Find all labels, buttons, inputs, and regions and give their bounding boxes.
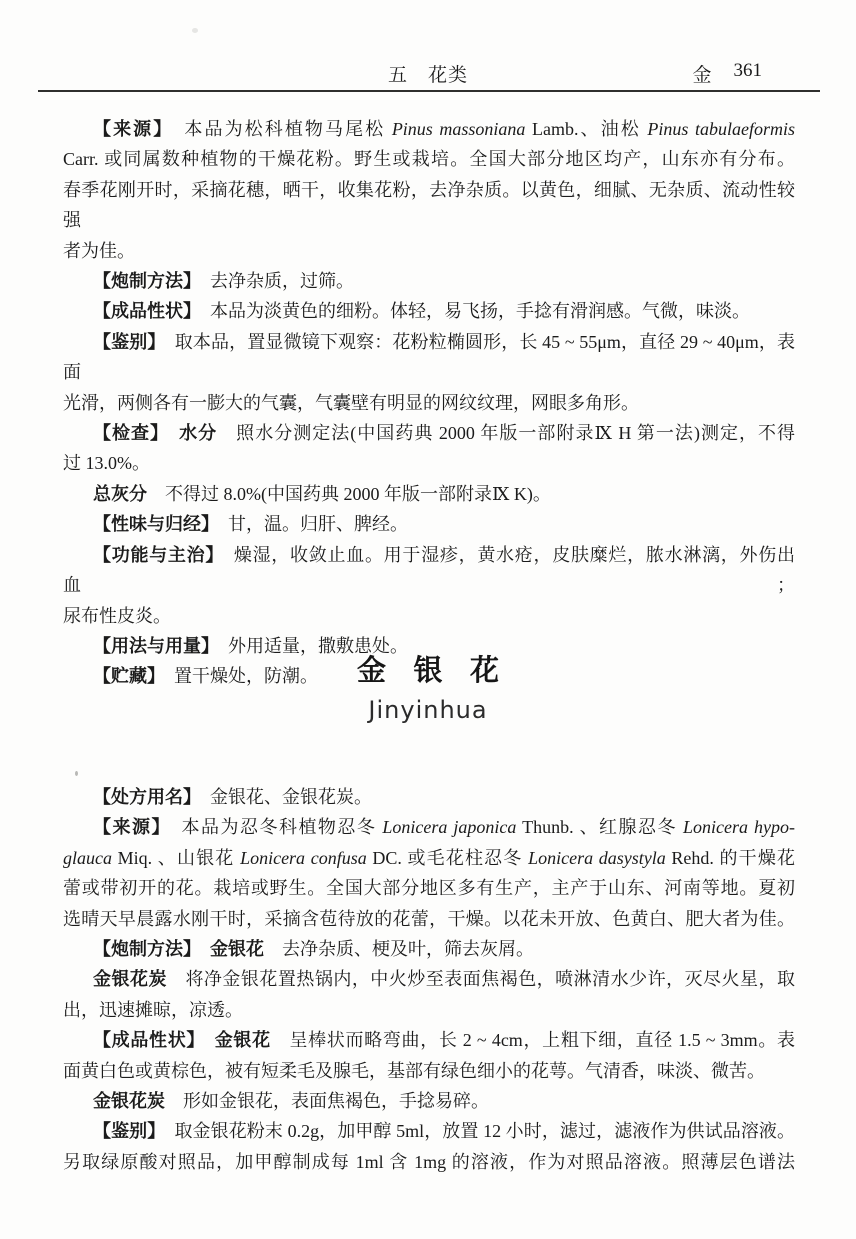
- text-run: 过 13.0%。: [63, 453, 150, 473]
- text-line: 过 13.0%。: [63, 448, 795, 478]
- text-line: 【来源】 本品为忍冬科植物忍冬 Lonicera japonica Thunb.…: [63, 812, 795, 842]
- text-run: Thunb. 、红腺忍冬: [516, 817, 683, 837]
- text-line: 金银花炭 将净金银花置热锅内，中火炒至表面焦褐色，喷淋清水少许，灭尽火星，取: [63, 964, 795, 994]
- text-line: 蕾或带初开的花。栽培或野生。全国大部分地区多有生产，主产于山东、河南等地。夏初: [63, 873, 795, 903]
- latin-name-italic-run: Lonicera confusa: [240, 848, 367, 868]
- bold-run: 【鉴别】: [93, 332, 157, 352]
- text-run: 将净金银花置热锅内，中火炒至表面焦褐色，喷淋清水少许，灭尽火星，取: [167, 969, 795, 989]
- text-run: [160, 423, 179, 443]
- text-line: 春季花刚开时，采摘花穗，晒干，收集花粉，去净杂质。以黄色，细腻、无杂质、流动性较…: [63, 175, 795, 236]
- text-run: 本品为淡黄色的细粉。体轻，易飞扬，手捻有滑润感。气微，味淡。: [192, 301, 750, 321]
- text-line: Carr. 或同属数种植物的干燥花粉。野生或栽培。全国大部分地区均产，山东亦有分…: [63, 144, 795, 174]
- latin-name-italic-run: glauca: [63, 848, 112, 868]
- text-line: 者为佳。: [63, 236, 795, 266]
- text-line: 【鉴别】 取金银花粉末 0.2g，加甲醇 5ml，放置 12 小时，滤过，滤液作…: [63, 1116, 795, 1146]
- bold-run: 【性味与归经】: [93, 514, 210, 534]
- text-run: 取金银花粉末 0.2g，加甲醇 5ml，放置 12 小时，滤过，滤液作为供试品溶…: [156, 1121, 795, 1141]
- bold-run: 【成品性状】: [93, 301, 192, 321]
- bold-run: 【炮制方法】: [93, 939, 192, 959]
- bold-run: 【炮制方法】: [93, 271, 192, 291]
- text-run: 本品为忍冬科植物忍冬: [162, 817, 382, 837]
- text-run: 出，迅速摊晾，凉透。: [63, 1000, 243, 1020]
- bold-run: 【检查】: [93, 423, 160, 443]
- text-line: 尿布性皮炎。: [63, 601, 795, 631]
- text-line: 【来源】 本品为松科植物马尾松 Pinus massoniana Lamb.、油…: [63, 114, 795, 144]
- bold-run: 水分: [179, 423, 217, 443]
- text-run: 去净杂质、梗及叶，筛去灰屑。: [264, 939, 534, 959]
- text-line: 【炮制方法】 去净杂质，过筛。: [63, 266, 795, 296]
- text-line: 【成品性状】 金银花 呈棒状而略弯曲，长 2 ~ 4cm，上粗下细，直径 1.5…: [63, 1025, 795, 1055]
- bold-run: 【成品性状】: [93, 1030, 196, 1050]
- text-run: 金银花、金银花炭。: [192, 787, 372, 807]
- bold-run: 金银花: [210, 939, 264, 959]
- bold-run: 【来源】: [93, 817, 162, 837]
- text-line: glauca Miq. 、山银花 Lonicera confusa DC. 或毛…: [63, 843, 795, 873]
- text-run: [192, 939, 210, 959]
- text-line: 金银花炭 形如金银花，表面焦褐色，手捻易碎。: [63, 1086, 795, 1116]
- text-line: 出，迅速摊晾，凉透。: [63, 995, 795, 1025]
- bold-run: 【鉴别】: [93, 1121, 156, 1141]
- scan-speck: [192, 28, 198, 33]
- running-header: 五 花类 金 361: [0, 60, 856, 84]
- text-run: 去净杂质，过筛。: [192, 271, 354, 291]
- text-run: Miq. 、山银花: [112, 848, 240, 868]
- text-run: 尿布性皮炎。: [63, 606, 171, 626]
- bold-run: 金银花炭: [93, 969, 167, 989]
- text-line: 总灰分 不得过 8.0%(中国药典 2000 年版一部附录Ⅸ K)。: [63, 479, 795, 509]
- text-line: 【性味与归经】 甘，温。归肝、脾经。: [63, 509, 795, 539]
- index-character: 金: [692, 60, 711, 87]
- entry-title: 金银花: [0, 648, 856, 689]
- bold-run: 【处方用名】: [93, 787, 192, 807]
- text-run: 者为佳。: [63, 241, 135, 261]
- bold-run: 【功能与主治】: [93, 545, 215, 565]
- scan-speck: [75, 771, 78, 776]
- scanned-book-page: 五 花类 金 361 【来源】 本品为松科植物马尾松 Pinus massoni…: [0, 0, 856, 1239]
- bold-run: 金银花炭: [93, 1091, 165, 1111]
- page-number: 361: [734, 60, 763, 87]
- latin-name-italic-run: Pinus massoniana: [392, 119, 526, 139]
- latin-name-italic-run: Lonicera japonica: [382, 817, 516, 837]
- entry-jinyinhua: 【处方用名】 金银花、金银花炭。 【来源】 本品为忍冬科植物忍冬 Lonicer…: [63, 782, 795, 1177]
- latin-name-italic-run: Lonicera hypo-: [683, 817, 795, 837]
- bold-run: 【来源】: [93, 119, 164, 139]
- text-line: 【鉴别】 取本品，置显微镜下观察：花粉粒椭圆形，长 45 ~ 55μm，直径 2…: [63, 327, 795, 388]
- entry-pinyin: Jinyinhua: [0, 696, 856, 724]
- text-run: 光滑，两侧各有一膨大的气囊，气囊壁有明显的网纹纹理，网眼多角形。: [63, 393, 639, 413]
- text-line: 选晴天早晨露水刚干时，采摘含苞待放的花蕾，干燥。以花未开放、色黄白、肥大者为佳。: [63, 904, 795, 934]
- text-run: DC. 或毛花柱忍冬: [367, 848, 528, 868]
- bold-run: 金银花: [215, 1030, 271, 1050]
- text-line: 另取绿原酸对照品，加甲醇制成每 1ml 含 1mg 的溶液，作为对照品溶液。照薄…: [63, 1147, 795, 1177]
- text-run: 形如金银花，表面焦褐色，手捻易碎。: [165, 1091, 489, 1111]
- text-run: 本品为松科植物马尾松: [164, 119, 391, 139]
- entry-songhuafen: 【来源】 本品为松科植物马尾松 Pinus massoniana Lamb.、油…: [63, 114, 795, 692]
- running-header-index: 金 361: [692, 60, 762, 87]
- text-run: 照水分测定法(中国药典 2000 年版一部附录Ⅸ H 第一法)测定，不得: [217, 423, 795, 443]
- text-line: 【功能与主治】 燥湿，收敛止血。用于湿疹，黄水疮，皮肤糜烂，脓水淋漓，外伤出血；: [63, 540, 795, 601]
- text-run: 春季花刚开时，采摘花穗，晒干，收集花粉，去净杂质。以黄色，细腻、无杂质、流动性较…: [63, 180, 795, 230]
- text-run: 面黄白色或黄棕色，被有短柔毛及腺毛，基部有绿色细小的花萼。气清香，味淡、微苦。: [63, 1061, 765, 1081]
- text-run: [196, 1030, 215, 1050]
- text-run: 呈棒状而略弯曲，长 2 ~ 4cm，上粗下细，直径 1.5 ~ 3mm。表: [271, 1030, 795, 1050]
- text-run: 选晴天早晨露水刚干时，采摘含苞待放的花蕾，干燥。以花未开放、色黄白、肥大者为佳。: [63, 909, 795, 929]
- text-run: 甘，温。归肝、脾经。: [210, 514, 408, 534]
- text-line: 光滑，两侧各有一膨大的气囊，气囊壁有明显的网纹纹理，网眼多角形。: [63, 388, 795, 418]
- bold-run: 总灰分: [93, 484, 147, 504]
- text-line: 【炮制方法】 金银花 去净杂质、梗及叶，筛去灰屑。: [63, 934, 795, 964]
- text-line: 【处方用名】 金银花、金银花炭。: [63, 782, 795, 812]
- text-run: 蕾或带初开的花。栽培或野生。全国大部分地区多有生产，主产于山东、河南等地。夏初: [63, 878, 795, 898]
- text-run: Carr. 或同属数种植物的干燥花粉。野生或栽培。全国大部分地区均产，山东亦有分…: [63, 149, 795, 169]
- latin-name-italic-run: Pinus tabulaeformis: [647, 119, 795, 139]
- text-line: 【检查】 水分 照水分测定法(中国药典 2000 年版一部附录Ⅸ H 第一法)测…: [63, 418, 795, 448]
- text-run: 不得过 8.0%(中国药典 2000 年版一部附录Ⅸ K)。: [147, 484, 551, 504]
- latin-name-italic-run: Lonicera dasystyla: [528, 848, 666, 868]
- text-run: 另取绿原酸对照品，加甲醇制成每 1ml 含 1mg 的溶液，作为对照品溶液。照薄…: [63, 1152, 795, 1172]
- text-line: 面黄白色或黄棕色，被有短柔毛及腺毛，基部有绿色细小的花萼。气清香，味淡、微苦。: [63, 1056, 795, 1086]
- header-rule: [38, 90, 820, 92]
- text-run: 取本品，置显微镜下观察：花粉粒椭圆形，长 45 ~ 55μm，直径 29 ~ 4…: [63, 332, 795, 382]
- text-run: Rehd. 的干燥花: [666, 848, 795, 868]
- text-run: Lamb.、油松: [525, 119, 647, 139]
- text-line: 【成品性状】 本品为淡黄色的细粉。体轻，易飞扬，手捻有滑润感。气微，味淡。: [63, 296, 795, 326]
